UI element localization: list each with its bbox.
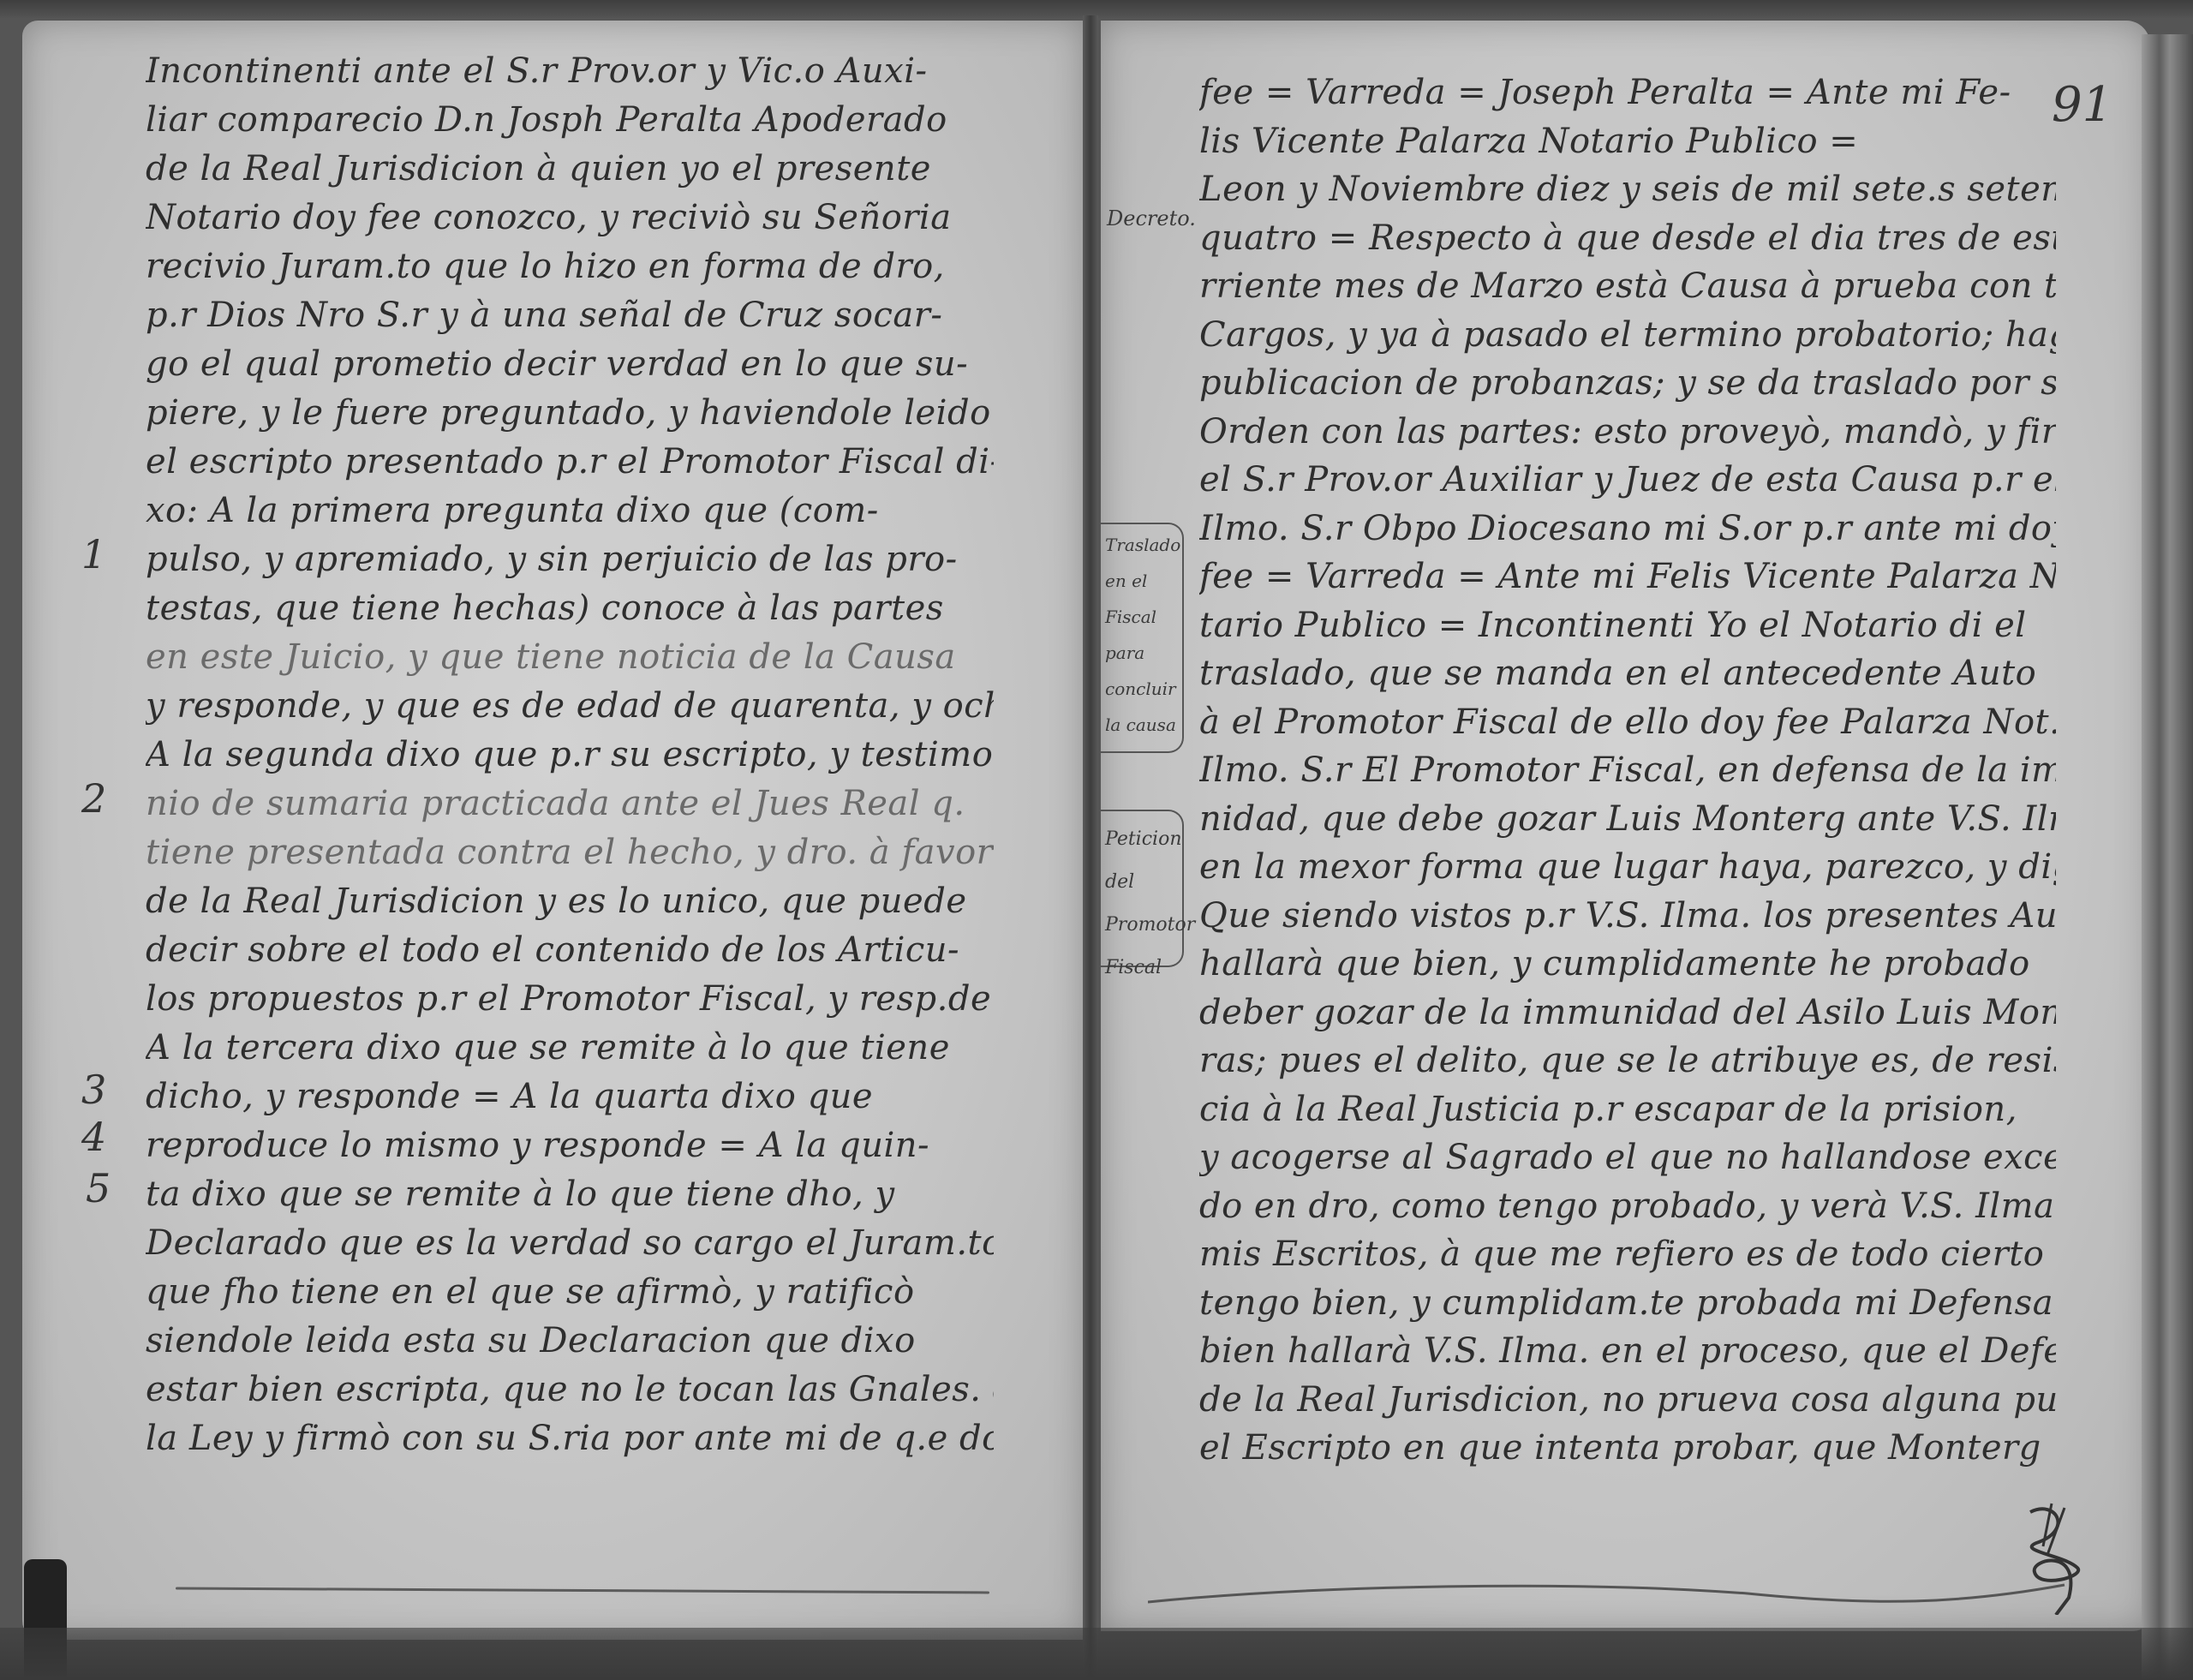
manuscript-line: ta dixo que se remite à lo que tiene dho… <box>146 1170 994 1219</box>
manuscript-line: publicacion de probanzas; y se da trasla… <box>1199 359 2056 408</box>
margin-note-peticion: Peticion del Promotor Fiscal <box>1105 818 1180 989</box>
manuscript-line: nio de sumaria practicada ante el Jues R… <box>146 780 994 828</box>
margin-note-traslado: Traslado en el Fiscal para concluir la c… <box>1105 527 1180 743</box>
margin-note-decreto: Decreto. <box>1107 201 1192 236</box>
manuscript-line: deber gozar de la immunidad del Asilo Lu… <box>1199 989 2056 1037</box>
manuscript-line: go el qual prometio decir verdad en lo q… <box>146 340 994 389</box>
manuscript-line: Incontinenti ante el S.r Prov.or y Vic.o… <box>146 47 994 96</box>
margin-number-3: 3 <box>81 1067 106 1113</box>
margin-number-1: 1 <box>81 531 106 577</box>
left-page-text: Incontinenti ante el S.r Prov.or y Vic.o… <box>146 47 994 1463</box>
folio-number: 91 <box>2052 77 2112 133</box>
manuscript-line: A la tercera dixo que se remite à lo que… <box>146 1024 994 1073</box>
manuscript-line: Cargos, y ya à pasado el termino probato… <box>1199 311 2056 360</box>
manuscript-line: Declarado que es la verdad so cargo el J… <box>146 1219 994 1268</box>
manuscript-line: tario Publico = Incontinenti Yo el Notar… <box>1199 601 2056 650</box>
manuscript-line: Que siendo vistos p.r V.S. Ilma. los pre… <box>1199 892 2056 941</box>
manuscript-line: los propuestos p.r el Promotor Fiscal, y… <box>146 975 994 1024</box>
manuscript-line: fee = Varreda = Joseph Peralta = Ante mi… <box>1199 69 2056 117</box>
manuscript-line: el escripto presentado p.r el Promotor F… <box>146 438 994 487</box>
margin-number-4: 4 <box>81 1114 106 1160</box>
manuscript-line: de la Real Jurisdicion, no prueva cosa a… <box>1199 1376 2056 1425</box>
manuscript-line: Notario doy fee conozco, y reciviò su Se… <box>146 194 994 242</box>
manuscript-line: Ilmo. S.r Obpo Diocesano mi S.or p.r ant… <box>1199 505 2056 553</box>
manuscript-line: Orden con las partes: esto proveyò, mand… <box>1199 408 2056 457</box>
manuscript-line: recivio Juram.to que lo hizo en forma de… <box>146 242 994 291</box>
manuscript-line: traslado, que se manda en el antecedente… <box>1199 649 2056 698</box>
manuscript-line: la Ley y firmò con su S.ria por ante mi … <box>146 1414 994 1463</box>
manuscript-line: pulso, y apremiado, y sin perjuicio de l… <box>146 535 994 584</box>
manuscript-line: y responde, y que es de edad de quarenta… <box>146 682 994 731</box>
manuscript-line: de la Real Jurisdicion à quien yo el pre… <box>146 145 994 194</box>
manuscript-line: do en dro, como tengo probado, y verà V.… <box>1199 1182 2056 1231</box>
manuscript-line: el S.r Prov.or Auxiliar y Juez de esta C… <box>1199 456 2056 505</box>
manuscript-line: y acogerse al Sagrado el que no hallando… <box>1199 1133 2056 1182</box>
page-edge-stack <box>2142 34 2193 1680</box>
manuscript-line: testas, que tiene hechas) conoce à las p… <box>146 584 994 633</box>
manuscript-line: liar comparecio D.n Josph Peralta Apoder… <box>146 96 994 145</box>
manuscript-line: fee = Varreda = Ante mi Felis Vicente Pa… <box>1199 553 2056 601</box>
manuscript-line: xo: A la primera pregunta dixo que (com- <box>146 487 994 535</box>
manuscript-line: mis Escritos, à que me refiero es de tod… <box>1199 1230 2056 1279</box>
closing-rule <box>1148 1576 2073 1619</box>
manuscript-line: A la segunda dixo que p.r su escripto, y… <box>146 731 994 780</box>
manuscript-line: à el Promotor Fiscal de ello doy fee Pal… <box>1199 698 2056 747</box>
scan-bottom-shadow <box>0 1628 2193 1680</box>
manuscript-line: Leon y Noviembre diez y seis de mil sete… <box>1199 165 2056 214</box>
manuscript-line: decir sobre el todo el contenido de los … <box>146 926 994 975</box>
manuscript-line: estar bien escripta, que no le tocan las… <box>146 1366 994 1414</box>
manuscript-line: cia à la Real Justicia p.r escapar de la… <box>1199 1085 2056 1134</box>
manuscript-line: que fho tiene en el que se afirmò, y rat… <box>146 1268 994 1317</box>
manuscript-line: tengo bien, y cumplidam.te probada mi De… <box>1199 1279 2056 1328</box>
manuscript-line: tiene presentada contra el hecho, y dro.… <box>146 828 994 877</box>
manuscript-line: en la mexor forma que lugar haya, parezc… <box>1199 843 2056 892</box>
manuscript-line: hallarà que bien, y cumplidamente he pro… <box>1199 940 2056 989</box>
right-page-text: fee = Varreda = Joseph Peralta = Ante mi… <box>1199 69 2056 1473</box>
manuscript-line: rriente mes de Marzo està Causa à prueba… <box>1199 262 2056 311</box>
manuscript-line: p.r Dios Nro S.r y à una señal de Cruz s… <box>146 291 994 340</box>
manuscript-line: en este Juicio, y que tiene noticia de l… <box>146 633 994 682</box>
manuscript-line: reproduce lo mismo y responde = A la qui… <box>146 1121 994 1170</box>
margin-number-5: 5 <box>86 1165 111 1211</box>
manuscript-line: Ilmo. S.r El Promotor Fiscal, en defensa… <box>1199 746 2056 795</box>
manuscript-line: bien hallarà V.S. Ilma. en el proceso, q… <box>1199 1327 2056 1376</box>
manuscript-line: piere, y le fuere preguntado, y haviendo… <box>146 389 994 438</box>
manuscript-line: siendole leida esta su Declaracion que d… <box>146 1317 994 1366</box>
manuscript-line: lis Vicente Palarza Notario Publico = <box>1199 117 2056 166</box>
manuscript-line: de la Real Jurisdicion y es lo unico, qu… <box>146 877 994 926</box>
manuscript-line: ras; pues el delito, que se le atribuye … <box>1199 1037 2056 1085</box>
manuscript-line: dicho, y responde = A la quarta dixo que <box>146 1073 994 1121</box>
book-gutter <box>1083 15 1098 1680</box>
manuscript-line: quatro = Respecto à que desde el dia tre… <box>1199 214 2056 263</box>
manuscript-line: el Escripto en que intenta probar, que M… <box>1199 1424 2056 1473</box>
margin-number-2: 2 <box>81 775 106 822</box>
manuscript-line: nidad, que debe gozar Luis Monterg ante … <box>1199 795 2056 844</box>
